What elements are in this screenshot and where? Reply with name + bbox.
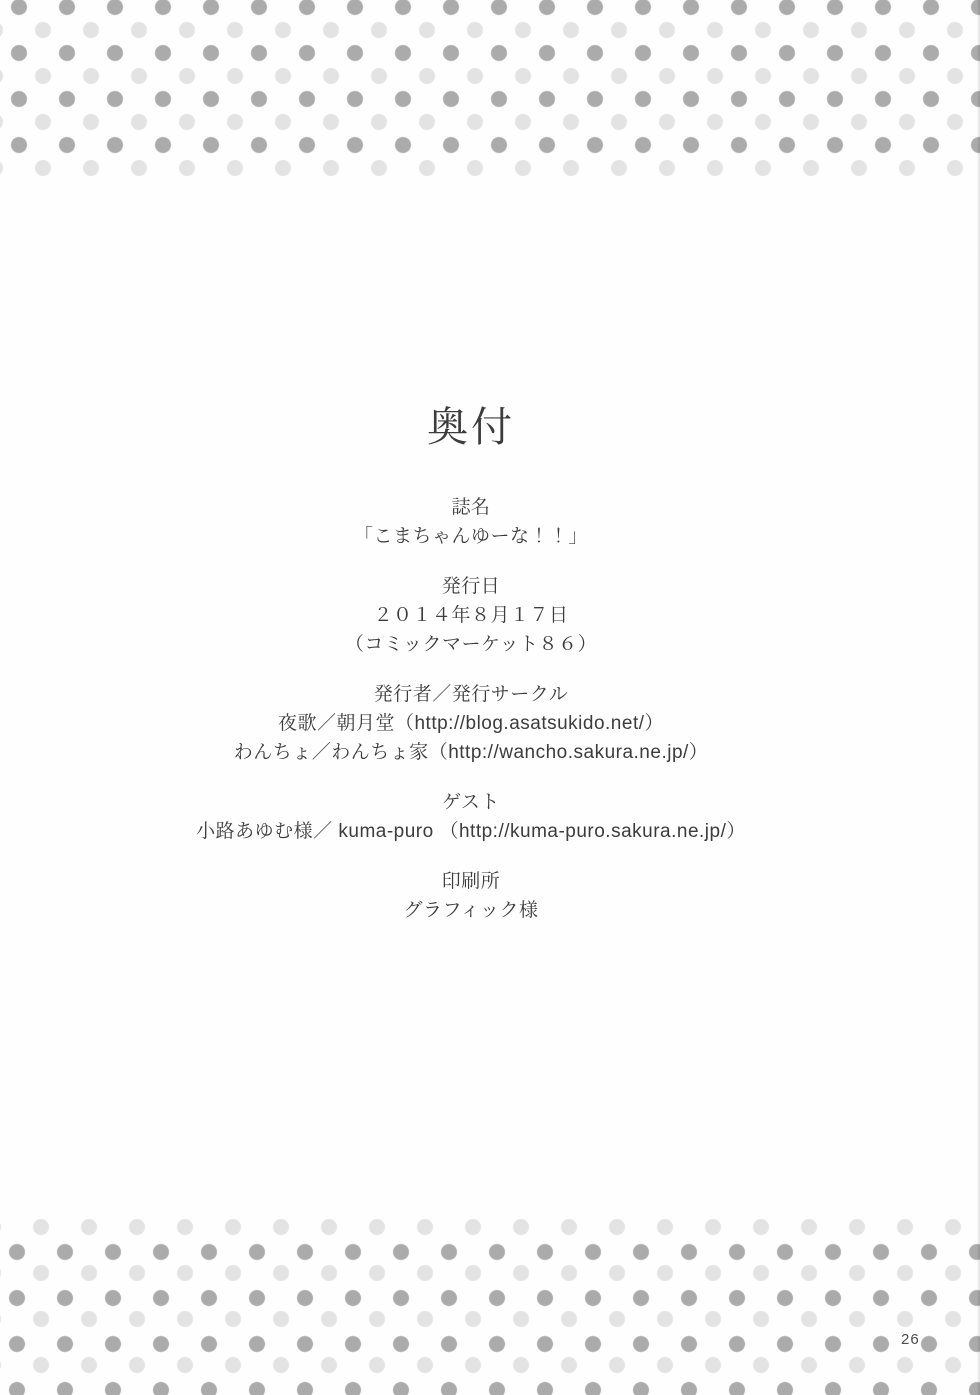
colophon-section: 発行日 ２０１４年８月１７日（コミックマーケット８６）	[0, 572, 942, 659]
colophon-line: 小路あゆむ様／ kuma-puro （http://kuma-puro.saku…	[0, 817, 942, 846]
colophon-section-heading: ゲスト	[0, 788, 942, 817]
colophon-line: わんちょ／わんちょ家（http://wancho.sakura.ne.jp/）	[0, 738, 942, 767]
colophon-section: 誌名 「こまちゃんゆーな！！」	[0, 493, 942, 551]
polka-dot-band-bottom	[0, 1219, 980, 1395]
colophon-section-lines: 小路あゆむ様／ kuma-puro （http://kuma-puro.saku…	[0, 817, 942, 846]
colophon-section-heading: 誌名	[0, 493, 942, 522]
colophon-section-heading: 発行日	[0, 572, 942, 601]
colophon-section-lines: グラフィック様	[0, 896, 942, 925]
colophon-line: 「こまちゃんゆーな！！」	[0, 522, 942, 551]
colophon-page: 奥付 誌名 「こまちゃんゆーな！！」 発行日 ２０１４年８月１７日（コミックマー…	[0, 0, 980, 1395]
page-number: 26	[901, 1331, 920, 1348]
colophon-line: グラフィック様	[0, 896, 942, 925]
colophon-section-lines: 夜歌／朝月堂（http://blog.asatsukido.net/）わんちょ／…	[0, 709, 942, 767]
colophon-sections: 誌名 「こまちゃんゆーな！！」 発行日 ２０１４年８月１７日（コミックマーケット…	[0, 493, 942, 925]
colophon-section: ゲスト 小路あゆむ様／ kuma-puro （http://kuma-puro.…	[0, 788, 942, 846]
colophon-section: 発行者／発行サークル 夜歌／朝月堂（http://blog.asatsukido…	[0, 680, 942, 767]
colophon-section-heading: 発行者／発行サークル	[0, 680, 942, 709]
colophon-content: 奥付 誌名 「こまちゃんゆーな！！」 発行日 ２０１４年８月１７日（コミックマー…	[0, 406, 942, 946]
colophon-section-heading: 印刷所	[0, 867, 942, 896]
page-title: 奥付	[0, 406, 942, 449]
colophon-section: 印刷所 グラフィック様	[0, 867, 942, 925]
colophon-section-lines: 「こまちゃんゆーな！！」	[0, 522, 942, 551]
colophon-line: ２０１４年８月１７日	[0, 601, 942, 630]
colophon-line: （コミックマーケット８６）	[0, 630, 942, 659]
colophon-line: 夜歌／朝月堂（http://blog.asatsukido.net/）	[0, 709, 942, 738]
polka-dot-band-top	[0, 0, 980, 178]
colophon-section-lines: ２０１４年８月１７日（コミックマーケット８６）	[0, 601, 942, 659]
